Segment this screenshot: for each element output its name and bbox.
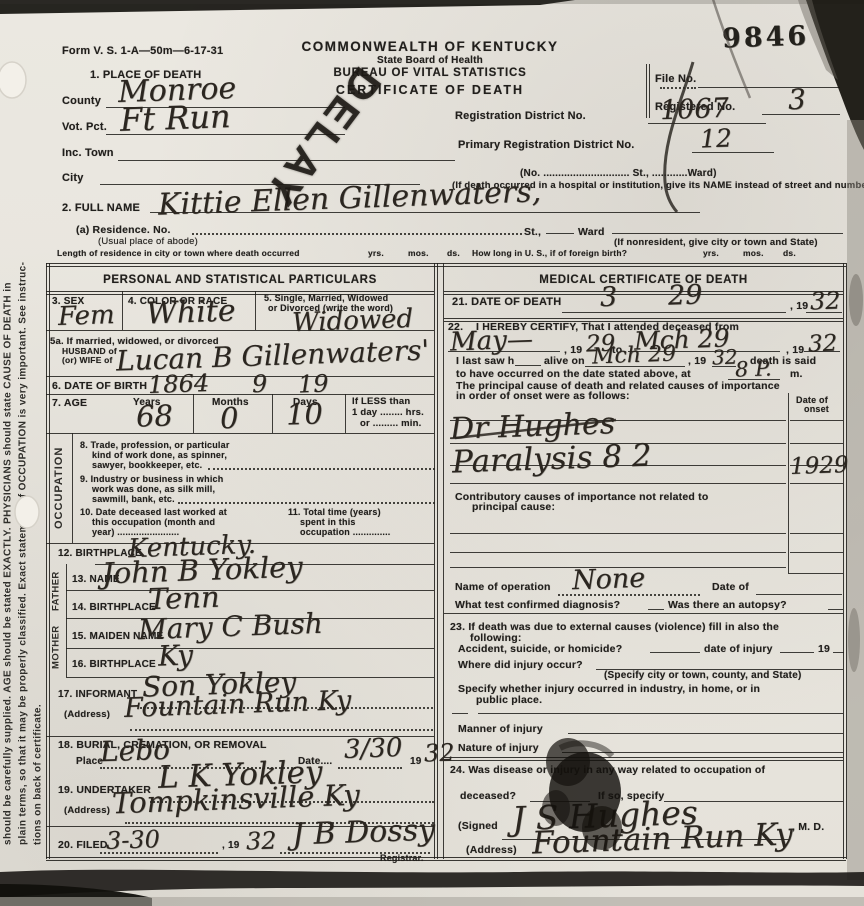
date-of-birth-label: 6. DATE OF BIRTH	[52, 381, 147, 392]
if-less-label-3: or ......... min.	[360, 419, 421, 429]
occ11-label-3: occupation ..............	[300, 528, 391, 537]
rule-line	[450, 533, 786, 534]
scan-top-streak	[0, 0, 864, 4]
rule-line	[46, 376, 434, 377]
scan-bottom-corner	[0, 884, 152, 906]
meridiem-label: m.	[790, 369, 803, 380]
father-birthplace-value: Tenn	[148, 583, 221, 614]
attended-from-value: May—	[450, 327, 534, 356]
contributory-label-2: principal cause:	[472, 502, 555, 513]
rule-line	[450, 552, 786, 553]
father-side-label: FATHER	[46, 564, 66, 618]
scan-right-smudge-1	[849, 274, 863, 326]
age-label: 7. AGE	[52, 398, 87, 409]
rule-line	[790, 443, 843, 444]
rule-line	[780, 652, 814, 653]
principal-cause-label-2: in order of onset were as follows:	[456, 391, 630, 402]
residence-label: (a) Residence. No.	[76, 225, 171, 236]
rule-line	[46, 263, 846, 267]
rule-line	[450, 483, 786, 484]
medical-section-title: MEDICAL CERTIFICATE OF DEATH	[444, 274, 843, 286]
scan-top-band	[0, 0, 575, 14]
injury-date-label: date of injury	[704, 644, 773, 655]
mother-side-label: MOTHER	[46, 618, 66, 677]
cause-line-2: Paralysis 8 2	[452, 441, 653, 479]
title-state-board: State Board of Health	[230, 56, 630, 67]
age-years-value: 68	[136, 401, 174, 431]
rule-line	[66, 564, 67, 677]
where-injury-hint: (Specify city or town, county, and State…	[604, 671, 801, 682]
length-residence-label: Length of residence in city or town wher…	[57, 249, 300, 258]
deceased-label: deceased?	[460, 791, 516, 802]
operation-value: None	[572, 565, 646, 595]
rule-line	[833, 652, 844, 653]
rule-line	[790, 483, 843, 484]
last-saw-date: Mch 29	[592, 344, 677, 369]
rule-line	[66, 590, 434, 591]
rule-line	[612, 233, 843, 234]
rule-line	[790, 552, 843, 553]
rule-line	[568, 733, 843, 734]
city-label: City	[62, 173, 84, 185]
onset-header-2: onset	[804, 405, 829, 414]
rule-line	[452, 713, 468, 714]
autopsy-label: Was there an autopsy?	[668, 600, 787, 611]
rule-line	[650, 652, 700, 653]
rule-line	[444, 757, 843, 761]
nonresident-hint: (If nonresident, give city or town and S…	[614, 238, 818, 248]
rule-line	[46, 433, 434, 434]
file-no-label: File No.	[655, 74, 696, 86]
inc-town-label: Inc. Town	[62, 148, 114, 160]
rule-line	[46, 857, 846, 861]
registration-district-value: 1067	[660, 95, 730, 124]
occupation-side-label: OCCUPATION	[46, 433, 72, 543]
scan-bottom-fade	[0, 897, 864, 906]
mos-label-2: mos.	[743, 249, 764, 258]
registration-district-label: Registration District No.	[455, 111, 586, 123]
occurred-label: to have occurred on the date stated abov…	[456, 369, 691, 380]
dod-year-prefix: , 19	[790, 301, 808, 312]
registrar-label: Registrar.	[380, 854, 424, 863]
physician-address-label: (Address)	[466, 845, 517, 856]
personal-section-title: PERSONAL AND STATISTICAL PARTICULARS	[46, 274, 434, 286]
registered-no-value: 3	[788, 86, 807, 115]
operation-date-label: Date of	[712, 582, 749, 593]
rule-line	[272, 394, 273, 433]
filed-year-value: 32	[246, 828, 277, 853]
scan-corner-blob	[806, 0, 864, 150]
rule-line	[122, 291, 123, 330]
dob-day-value: 19	[298, 371, 329, 396]
primary-registration-district-label: Primary Registration District No.	[458, 140, 635, 152]
residence-ward-label: Ward	[578, 227, 605, 238]
rule-line	[546, 233, 574, 234]
rule-line	[66, 648, 434, 649]
age-days-value: 10	[286, 399, 324, 429]
accident-label: Accident, suicide, or homicide?	[458, 644, 622, 655]
rule-line	[443, 263, 444, 859]
onset-year-value: 1929	[790, 454, 849, 479]
md-label: , M. D.	[792, 822, 824, 833]
rule-line	[660, 87, 696, 89]
mother-birthplace-value: Ky	[158, 641, 194, 670]
rule-line	[192, 233, 522, 235]
rule-line	[255, 291, 256, 330]
filed-date-value: 3-30	[106, 827, 161, 853]
rule-line	[345, 394, 346, 433]
date-of-death-month: 3	[600, 284, 618, 312]
registrar-signature: J B Dossy	[292, 816, 436, 851]
burial-place-label: Place	[76, 757, 103, 768]
father-birthplace-label: 14. BIRTHPLACE	[72, 603, 156, 614]
manner-of-injury-label: Manner of injury	[458, 724, 543, 735]
operation-label: Name of operation	[455, 582, 551, 593]
county-label: County	[62, 96, 101, 108]
filed-label: 20. FILED	[58, 840, 108, 851]
occ8-label-3: sawyer, bookkeeper, etc.	[92, 461, 202, 470]
physician-address-value: Fountain Run Ky	[532, 819, 794, 859]
rule-line	[790, 420, 843, 421]
time-of-death-value: 8 P.	[735, 358, 772, 380]
alive-on-label: alive on	[544, 356, 585, 367]
rule-line	[562, 312, 786, 313]
sex-value: Fem	[58, 302, 116, 330]
last-saw-label: I last saw h	[456, 356, 514, 367]
street-number-hint: (No. ............................. St., …	[520, 169, 717, 180]
undertaker-address-value: Tompkinsville Ky	[112, 781, 361, 819]
rule-line	[208, 468, 435, 470]
injury-year-prefix: 19	[818, 644, 830, 655]
nature-of-injury-label: Nature of injury	[458, 743, 539, 754]
burial-year-value: 32	[424, 740, 455, 765]
rule-line	[790, 533, 843, 534]
margin-instruction-line1: should be carefully supplied. AGE should…	[0, 50, 16, 845]
margin-instruction-line2: plain terms, so that it may be properly …	[15, 50, 31, 845]
date-of-death-year: 32	[810, 288, 841, 313]
serial-number-stamp: 9846	[721, 20, 809, 54]
ds-label: ds.	[447, 249, 460, 258]
rule-line	[434, 263, 438, 859]
ds-label-2: ds.	[783, 249, 796, 258]
occ9-label-3: sawmill, bank, etc.	[92, 495, 175, 504]
scan-right-band	[847, 120, 864, 880]
residence-street-label: St.,	[524, 227, 541, 238]
title-commonwealth: COMMONWEALTH OF KENTUCKY	[230, 40, 630, 54]
scan-bottom-band	[0, 870, 864, 898]
rule-line	[478, 713, 843, 714]
mos-label: mos.	[408, 249, 429, 258]
rule-line	[72, 433, 73, 543]
race-value: White	[146, 296, 237, 329]
rule-line	[843, 263, 847, 859]
full-name-label: 2. FULL NAME	[62, 203, 140, 215]
rule-line	[515, 365, 541, 366]
date-of-death-day: 29	[668, 281, 703, 309]
informant-address-label: (Address)	[64, 710, 110, 720]
informant-address-value: Fountain Run Ky	[124, 687, 352, 722]
rule-line	[444, 291, 843, 295]
yrs-label: yrs.	[368, 249, 384, 258]
rule-line	[444, 613, 843, 614]
rule-line	[338, 767, 402, 769]
rule-line	[46, 394, 434, 395]
rule-line	[46, 263, 50, 859]
test-label: What test confirmed diagnosis?	[455, 600, 620, 611]
voting-precinct-label: Vot. Pct.	[62, 122, 107, 134]
rule-line	[562, 752, 843, 753]
mother-birthplace-label: 16. BIRTHPLACE	[72, 660, 156, 671]
primary-registration-district-value: 12	[700, 125, 733, 151]
rule-line	[756, 594, 842, 595]
rule-line	[130, 729, 433, 731]
rule-line	[698, 87, 840, 88]
certificate-scan: should be carefully supplied. AGE should…	[0, 0, 864, 906]
scan-right-smudge-2	[848, 608, 860, 672]
rule-line	[788, 573, 843, 574]
age-months-value: 0	[219, 404, 238, 434]
undertaker-address-label: (Address)	[64, 806, 110, 816]
dob-month-value: 9	[252, 372, 268, 397]
burial-year-prefix: 19	[410, 757, 422, 768]
dob-year-value: 1864	[148, 371, 210, 397]
rule-line	[178, 502, 435, 504]
last-saw-year-prefix: , 19	[688, 356, 706, 367]
specify-label-2: public place.	[476, 695, 542, 706]
spouse-label-3: (or) WIFE of	[62, 356, 113, 365]
marital-value: Widowed	[292, 306, 414, 336]
rule-line	[193, 394, 194, 433]
form-number: Form V. S. 1-A—50m—6-17-31	[62, 46, 223, 58]
if-less-label-1: If LESS than	[352, 397, 410, 407]
rule-line	[788, 393, 789, 573]
usual-abode-hint: (Usual place of abode)	[98, 237, 198, 247]
date-of-death-label: 21. DATE OF DEATH	[452, 297, 561, 309]
where-injury-label: Where did injury occur?	[458, 660, 583, 671]
burial-date-value: 3/30	[344, 735, 403, 763]
yrs-label-2: yrs.	[703, 249, 719, 258]
rule-line	[646, 64, 650, 118]
q24-label: 24. Was disease or injury in any way rel…	[450, 765, 765, 776]
voting-precinct-value: Ft Run	[119, 100, 231, 136]
filed-year-prefix: , 19	[222, 841, 239, 852]
signed-label: (Signed	[458, 821, 498, 832]
rule-line	[648, 609, 664, 610]
margin-instruction-line3: tions on back of certificate.	[30, 560, 46, 845]
how-long-us-label: How long in U. S., if of foreign birth?	[472, 249, 627, 258]
if-less-label-2: 1 day ........ hrs.	[352, 408, 424, 418]
attended-to-year: 32	[808, 332, 838, 356]
rule-line	[828, 609, 843, 610]
